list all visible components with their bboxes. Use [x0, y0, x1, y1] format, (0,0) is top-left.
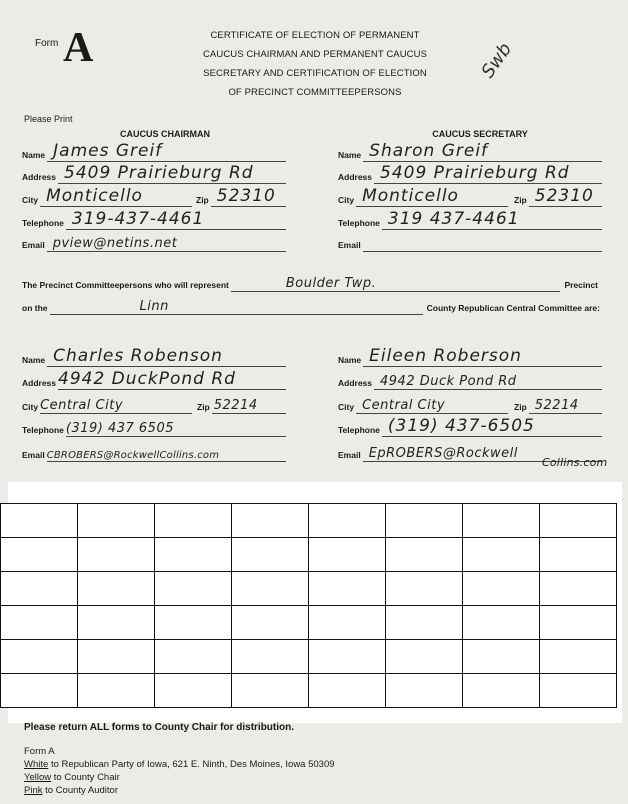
copy-destination-yellow: to County Chair	[54, 772, 120, 783]
grid-cell[interactable]	[1, 572, 78, 606]
return-instruction: Please return ALL forms to County Chair …	[24, 722, 294, 733]
secretary-zip-field[interactable]: Zip 52310	[514, 185, 602, 207]
email-label: Email	[22, 240, 45, 252]
grid-cell[interactable]	[386, 606, 463, 640]
committeeperson2-zip-field[interactable]: Zip 52214	[514, 392, 602, 414]
county-suffix: County Republican Central Committee are:	[427, 303, 600, 315]
telephone-label: Telephone	[338, 425, 380, 437]
address-label: Address	[22, 378, 56, 390]
committeeperson1-zip-value: 52214	[214, 398, 258, 413]
grid-cell[interactable]	[540, 572, 617, 606]
chairman-city-field[interactable]: City Monticello	[22, 185, 192, 207]
grid-cell[interactable]	[78, 504, 155, 538]
precinct-value: Boulder Twp.	[286, 276, 376, 291]
copy-white-line: White to Republican Party of Iowa, 621 E…	[24, 759, 335, 770]
grid-cell[interactable]	[540, 606, 617, 640]
committeeperson1-city-value: Central City	[40, 398, 123, 413]
secretary-address-field[interactable]: Address 5409 Prairieburg Rd	[338, 162, 602, 184]
committeeperson1-city-field[interactable]: City Central City	[22, 392, 192, 414]
city-label: City	[338, 195, 354, 207]
secretary-telephone-value: 319 437-4461	[388, 209, 520, 229]
copy-color-pink: Pink	[24, 785, 42, 796]
title-line-4: OF PRECINCT COMMITTEEPERSONS	[150, 83, 480, 102]
committeeperson2-name-value: Eileen Roberson	[369, 346, 522, 366]
grid-cell[interactable]	[232, 606, 309, 640]
grid-cell[interactable]	[463, 674, 540, 708]
committeeperson2-telephone-field[interactable]: Telephone (319) 437-6505	[338, 415, 602, 437]
chairman-name-field[interactable]: Name James Greif	[22, 140, 286, 162]
table-row	[1, 674, 617, 708]
grid-cell[interactable]	[155, 538, 232, 572]
zip-label: Zip	[514, 402, 527, 414]
grid-cell[interactable]	[232, 504, 309, 538]
grid-cell[interactable]	[386, 572, 463, 606]
committeeperson1-telephone-field[interactable]: Telephone (319) 437 6505	[22, 415, 286, 437]
committeeperson1-name-value: Charles Robenson	[53, 346, 223, 366]
chairman-telephone-field[interactable]: Telephone 319-437-4461	[22, 208, 286, 230]
title-line-1: CERTIFICATE OF ELECTION OF PERMANENT	[150, 26, 480, 45]
committeeperson1-zip-field[interactable]: Zip 52214	[197, 392, 286, 414]
telephone-label: Telephone	[22, 218, 64, 230]
grid-cell[interactable]	[463, 606, 540, 640]
grid-cell[interactable]	[540, 640, 617, 674]
chairman-zip-field[interactable]: Zip 52310	[196, 185, 286, 207]
committeeperson2-address-value: 4942 Duck Pond Rd	[380, 374, 516, 389]
caucus-chairman-heading: CAUCUS CHAIRMAN	[100, 129, 230, 139]
committeeperson1-email-value: CBROBERS@RockwellCollins.com	[47, 450, 220, 461]
footer-form-label: Form A	[24, 746, 55, 757]
title-line-3: SECRETARY AND CERTIFICATION OF ELECTION	[150, 64, 480, 83]
chairman-name-value: James Greif	[53, 141, 162, 161]
grid-cell[interactable]	[540, 538, 617, 572]
grid-cell[interactable]	[232, 538, 309, 572]
grid-cell[interactable]	[155, 674, 232, 708]
secretary-email-field[interactable]: Email	[338, 230, 602, 252]
email-label: Email	[338, 240, 361, 252]
committeeperson2-city-value: Central City	[362, 398, 445, 413]
grid-cell[interactable]	[463, 504, 540, 538]
precinct-field[interactable]: The Precinct Committeepersons who will r…	[22, 270, 598, 292]
secretary-address-value: 5409 Prairieburg Rd	[380, 163, 570, 183]
table-row	[1, 606, 617, 640]
chairman-address-value: 5409 Prairieburg Rd	[64, 163, 254, 183]
grid-cell[interactable]	[386, 538, 463, 572]
grid-cell[interactable]	[232, 572, 309, 606]
address-label: Address	[22, 172, 56, 184]
committeeperson1-address-value: 4942 DuckPond Rd	[58, 369, 236, 389]
email-label: Email	[338, 450, 361, 462]
grid-cell[interactable]	[78, 538, 155, 572]
form-letter: A	[63, 24, 93, 72]
grid-cell[interactable]	[78, 674, 155, 708]
copy-yellow-line: Yellow to County Chair	[24, 772, 120, 783]
secretary-name-field[interactable]: Name Sharon Greif	[338, 140, 602, 162]
chairman-telephone-value: 319-437-4461	[72, 209, 204, 229]
grid-cell[interactable]	[1, 606, 78, 640]
grid-cell[interactable]	[1, 674, 78, 708]
table-row	[1, 504, 617, 538]
table-row	[1, 640, 617, 674]
secretary-city-value: Monticello	[362, 186, 459, 206]
grid-cell[interactable]	[309, 606, 386, 640]
table-row	[1, 538, 617, 572]
address-label: Address	[338, 378, 372, 390]
copy-color-white: White	[24, 759, 48, 770]
name-label: Name	[22, 355, 45, 367]
grid-cell[interactable]	[386, 640, 463, 674]
committeeperson2-email-value: EpROBERS@Rockwell	[369, 446, 518, 461]
chairman-email-value: pview@netins.net	[53, 236, 178, 251]
name-label: Name	[22, 150, 45, 162]
grid-cell[interactable]	[463, 640, 540, 674]
grid-cell[interactable]	[155, 606, 232, 640]
zip-label: Zip	[197, 402, 210, 414]
name-label: Name	[338, 150, 361, 162]
county-value: Linn	[140, 299, 169, 314]
committeeperson2-name-field[interactable]: Name Eileen Roberson	[338, 345, 602, 367]
precinct-lead-text: The Precinct Committeepersons who will r…	[22, 280, 229, 292]
committeeperson2-city-field[interactable]: City Central City	[338, 392, 508, 414]
secretary-telephone-field[interactable]: Telephone 319 437-4461	[338, 208, 602, 230]
committeeperson2-telephone-value: (319) 437-6505	[388, 416, 535, 436]
chairman-zip-value: 52310	[217, 186, 276, 206]
grid-cell[interactable]	[78, 606, 155, 640]
committeeperson1-telephone-value: (319) 437 6505	[66, 421, 174, 436]
city-label: City	[338, 402, 354, 414]
grid-cell[interactable]	[386, 504, 463, 538]
secretary-zip-value: 52310	[535, 186, 594, 206]
handwritten-initials: Swb	[477, 39, 516, 82]
county-field[interactable]: on the Linn County Republican Central Co…	[22, 293, 600, 315]
grid-cell[interactable]	[78, 640, 155, 674]
on-the-text: on the	[22, 303, 48, 315]
telephone-label: Telephone	[22, 425, 64, 437]
address-label: Address	[338, 172, 372, 184]
committeeperson2-address-field[interactable]: Address 4942 Duck Pond Rd	[338, 368, 602, 390]
grid-cell[interactable]	[1, 538, 78, 572]
committeeperson1-name-field[interactable]: Name Charles Robenson	[22, 345, 286, 367]
caucus-secretary-heading: CAUCUS SECRETARY	[415, 129, 545, 139]
email-label: Email	[22, 450, 45, 462]
grid-cell[interactable]	[1, 640, 78, 674]
secretary-city-field[interactable]: City Monticello	[338, 185, 508, 207]
grid-cell[interactable]	[386, 674, 463, 708]
copy-destination-white: to Republican Party of Iowa, 621 E. Nint…	[51, 759, 335, 770]
committeeperson1-email-field[interactable]: Email CBROBERS@RockwellCollins.com	[22, 440, 286, 462]
precinct-suffix: Precinct	[564, 280, 598, 292]
grid-cell[interactable]	[309, 538, 386, 572]
grid-cell[interactable]	[78, 572, 155, 606]
grid-cell[interactable]	[232, 640, 309, 674]
copy-destination-pink: to County Auditor	[45, 785, 118, 796]
zip-label: Zip	[514, 195, 527, 207]
grid-cell[interactable]	[463, 572, 540, 606]
grid-cell[interactable]	[155, 640, 232, 674]
blank-grid-table	[0, 503, 617, 708]
copy-pink-line: Pink to County Auditor	[24, 785, 118, 796]
document-title: CERTIFICATE OF ELECTION OF PERMANENT CAU…	[150, 26, 480, 102]
secretary-name-value: Sharon Greif	[369, 141, 488, 161]
chairman-city-value: Monticello	[46, 186, 143, 206]
city-label: City	[22, 402, 38, 414]
grid-cell[interactable]	[309, 572, 386, 606]
telephone-label: Telephone	[338, 218, 380, 230]
chairman-address-field[interactable]: Address 5409 Prairieburg Rd	[22, 162, 286, 184]
grid-cell[interactable]	[1, 504, 78, 538]
grid-cell[interactable]	[463, 538, 540, 572]
zip-label: Zip	[196, 195, 209, 207]
name-label: Name	[338, 355, 361, 367]
please-print-note: Please Print	[24, 114, 73, 124]
committeeperson2-zip-value: 52214	[535, 398, 579, 413]
grid-cell[interactable]	[155, 504, 232, 538]
grid-cell[interactable]	[232, 674, 309, 708]
grid-cell[interactable]	[540, 504, 617, 538]
city-label: City	[22, 195, 38, 207]
grid-cell[interactable]	[540, 674, 617, 708]
grid-cell[interactable]	[155, 572, 232, 606]
committeeperson1-address-field[interactable]: Address 4942 DuckPond Rd	[22, 368, 286, 390]
grid-cell[interactable]	[309, 504, 386, 538]
grid-cell[interactable]	[309, 640, 386, 674]
title-line-2: CAUCUS CHAIRMAN AND PERMANENT CAUCUS	[150, 45, 480, 64]
form-mark: Form A	[34, 30, 114, 70]
table-row	[1, 572, 617, 606]
copy-color-yellow: Yellow	[24, 772, 51, 783]
grid-cell[interactable]	[309, 674, 386, 708]
form-word: Form	[35, 38, 58, 49]
chairman-email-field[interactable]: Email pview@netins.net	[22, 230, 286, 252]
